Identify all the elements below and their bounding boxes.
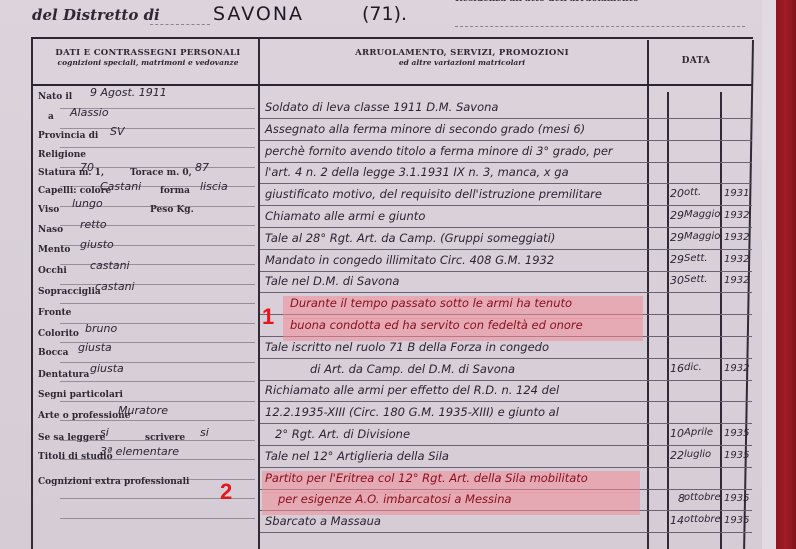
ruled-line bbox=[260, 140, 752, 141]
field-value-22: 3ª elementare bbox=[100, 445, 179, 458]
month-divider bbox=[720, 92, 722, 549]
date-year: 1931 bbox=[724, 188, 749, 199]
ruled-line bbox=[260, 292, 752, 293]
field-label-20: Se sa leggere bbox=[38, 433, 105, 443]
date-year: 1935 bbox=[724, 428, 749, 439]
date-month: ottobre bbox=[684, 492, 721, 503]
district-label: del Distretto di bbox=[32, 6, 160, 24]
field-label-14: Fronte bbox=[38, 308, 71, 318]
field-label-2: Provincia di bbox=[38, 131, 98, 141]
field-label-19: Arte o professione bbox=[38, 411, 130, 421]
field-value-19: Muratore bbox=[118, 404, 168, 417]
ruled-line bbox=[260, 249, 752, 250]
service-entry: Assegnato alla ferma minore di secondo g… bbox=[265, 122, 585, 136]
field-value-13: castani bbox=[95, 280, 135, 293]
date-day: 14 bbox=[670, 514, 684, 527]
date-month: Aprile bbox=[684, 427, 713, 438]
ruled-line bbox=[60, 303, 255, 304]
date-year: 1935 bbox=[724, 515, 749, 526]
ruled-line bbox=[60, 284, 255, 285]
field-label-9: Peso Kg. bbox=[150, 205, 194, 215]
table-border-left bbox=[31, 38, 33, 549]
date-day: 29 bbox=[670, 231, 684, 244]
field-value-1: Alassio bbox=[70, 106, 109, 119]
ruled-line bbox=[260, 423, 752, 424]
field-value-21: si bbox=[200, 426, 209, 439]
service-entry: Tale al 28° Rgt. Art. da Camp. (Gruppi s… bbox=[265, 231, 555, 245]
column-divider bbox=[647, 40, 649, 549]
ruled-line bbox=[260, 380, 752, 381]
date-year: 1932 bbox=[724, 275, 749, 286]
date-year: 1935 bbox=[724, 450, 749, 461]
field-value-8: lungo bbox=[72, 197, 103, 210]
date-day: 20 bbox=[670, 187, 684, 200]
date-month: Sett. bbox=[684, 253, 708, 264]
date-day: 30 bbox=[670, 274, 684, 287]
col-title: DATI E CONTRASSEGNI PERSONALI bbox=[38, 48, 258, 58]
field-label-1: a bbox=[48, 112, 54, 122]
ruled-line bbox=[260, 358, 752, 359]
date-year: 1932 bbox=[724, 232, 749, 243]
ruled-line bbox=[260, 118, 752, 119]
field-label-23: Cognizioni extra professionali bbox=[38, 477, 189, 487]
date-day: 22 bbox=[670, 449, 684, 462]
ruled-line bbox=[260, 227, 752, 228]
date-year: 1932 bbox=[724, 254, 749, 265]
ruled-line bbox=[260, 467, 752, 468]
service-entry: Soldato di leva classe 1911 D.M. Savona bbox=[265, 100, 498, 114]
service-entry: buona condotta ed ha servito con fedeltà… bbox=[290, 318, 583, 332]
field-label-10: Naso bbox=[38, 225, 63, 235]
field-label-0: Nato il bbox=[38, 92, 72, 102]
service-entry: Mandato in congedo illimitato Circ. 408 … bbox=[265, 253, 554, 267]
district-code: (71). bbox=[362, 3, 407, 25]
service-entry: di Art. da Camp. del D.M. di Savona bbox=[310, 362, 515, 376]
annotation-marker-2: 2 bbox=[220, 479, 232, 505]
service-entry: Chiamato alle armi e giunto bbox=[265, 209, 425, 223]
ruled-line bbox=[260, 183, 752, 184]
date-month: dic. bbox=[684, 362, 702, 373]
field-value-16: giusta bbox=[78, 341, 112, 354]
service-entry: 2° Rgt. Art. di Divisione bbox=[275, 427, 410, 441]
date-month: Maggio bbox=[684, 209, 720, 220]
field-value-11: giusto bbox=[80, 238, 114, 251]
field-label-5: Torace m. 0, bbox=[130, 168, 192, 178]
field-value-0: 9 Agost. 1911 bbox=[90, 86, 167, 99]
ruled-line bbox=[260, 271, 752, 272]
field-label-8: Viso bbox=[38, 205, 59, 215]
dotted-line bbox=[150, 24, 210, 25]
table-border-top bbox=[31, 37, 753, 39]
ruled-line bbox=[60, 401, 255, 402]
service-entry: Tale iscritto nel ruolo 71 B della Forza… bbox=[265, 340, 549, 354]
ruled-line bbox=[60, 147, 255, 148]
col-subtitle: ed altre variazioni matricolari bbox=[262, 58, 662, 67]
date-day: 16 bbox=[670, 362, 684, 375]
field-label-11: Mento bbox=[38, 245, 70, 255]
service-entry: Tale nel D.M. di Savona bbox=[265, 274, 399, 288]
field-value-2: SV bbox=[110, 125, 125, 138]
date-year: 1932 bbox=[724, 210, 749, 221]
column-divider bbox=[258, 38, 260, 549]
date-month: ott. bbox=[684, 187, 701, 198]
ruled-line bbox=[60, 518, 255, 519]
field-label-7: forma bbox=[160, 186, 190, 196]
service-entry: perchè fornito avendo titolo a ferma min… bbox=[265, 144, 613, 158]
service-entry: Richiamato alle armi per effetto del R.D… bbox=[265, 383, 559, 397]
field-label-16: Bocca bbox=[38, 348, 68, 358]
ruled-line bbox=[260, 532, 752, 533]
district-value: SAVONA bbox=[213, 3, 304, 25]
service-entry: giustificato motivo, del requisito dell'… bbox=[265, 187, 602, 201]
service-entry: l'art. 4 n. 2 della legge 3.1.1931 IX n.… bbox=[265, 165, 569, 179]
service-entry: Durante il tempo passato sotto le armi h… bbox=[290, 296, 572, 310]
col-header-personal: DATI E CONTRASSEGNI PERSONALI cognizioni… bbox=[38, 48, 258, 67]
field-value-5: 87 bbox=[195, 161, 209, 174]
field-label-12: Occhi bbox=[38, 266, 67, 276]
date-year: 1935 bbox=[724, 493, 749, 504]
book-binding bbox=[776, 0, 796, 549]
field-label-15: Colorito bbox=[38, 329, 79, 339]
ruled-line bbox=[260, 445, 752, 446]
day-divider bbox=[667, 92, 669, 549]
field-label-21: scrivere bbox=[145, 433, 185, 443]
field-label-13: Sopracciglia bbox=[38, 287, 101, 297]
date-month: ottobre bbox=[684, 514, 721, 525]
residence-stamp: Residenza all'atto dell'arruolamento bbox=[455, 0, 639, 4]
service-entry: Sbarcato a Massaua bbox=[265, 514, 381, 528]
col-subtitle: cognizioni speciali, matrimoni e vedovan… bbox=[38, 58, 258, 67]
date-day: 29 bbox=[670, 209, 684, 222]
field-value-17: giusta bbox=[90, 362, 124, 375]
service-entry: Partito per l'Eritrea col 12° Rgt. Art. … bbox=[265, 471, 588, 485]
annotation-marker-1: 1 bbox=[262, 304, 274, 330]
col-title: ARRUOLAMENTO, SERVIZI, PROMOZIONI bbox=[262, 48, 662, 58]
service-entry: per esigenze A.O. imbarcatosi a Messina bbox=[278, 492, 512, 506]
date-month: Sett. bbox=[684, 274, 708, 285]
date-day: 29 bbox=[670, 253, 684, 266]
field-value-4: 70 bbox=[80, 161, 94, 174]
ruled-line bbox=[260, 401, 752, 402]
field-label-17: Dentatura bbox=[38, 370, 89, 380]
service-entry: Tale nel 12° Artiglieria della Sila bbox=[265, 449, 449, 463]
field-value-20: si bbox=[100, 426, 109, 439]
field-value-7: liscia bbox=[200, 180, 228, 193]
date-month: luglio bbox=[684, 449, 711, 460]
ruled-line bbox=[60, 381, 255, 382]
field-value-12: castani bbox=[90, 259, 130, 272]
date-year: 1932 bbox=[724, 363, 749, 374]
date-day: 10 bbox=[670, 427, 684, 440]
ruled-line bbox=[260, 205, 752, 206]
ruled-line bbox=[60, 128, 255, 129]
field-value-10: retto bbox=[80, 218, 107, 231]
col-header-service: ARRUOLAMENTO, SERVIZI, PROMOZIONI ed alt… bbox=[262, 48, 662, 67]
ruled-line bbox=[260, 162, 752, 163]
field-value-15: bruno bbox=[85, 322, 117, 335]
service-entry: 12.2.1935-XIII (Circ. 180 G.M. 1935-XIII… bbox=[265, 405, 559, 419]
field-label-18: Segni particolari bbox=[38, 390, 123, 400]
col-header-date: DATA bbox=[640, 56, 752, 66]
field-label-3: Religione bbox=[38, 150, 86, 160]
field-label-4: Statura m. 1, bbox=[38, 168, 104, 178]
date-month: Maggio bbox=[684, 231, 720, 242]
dotted-line bbox=[455, 26, 745, 27]
field-value-6: Castani bbox=[100, 180, 141, 193]
col-title: DATA bbox=[640, 56, 752, 66]
